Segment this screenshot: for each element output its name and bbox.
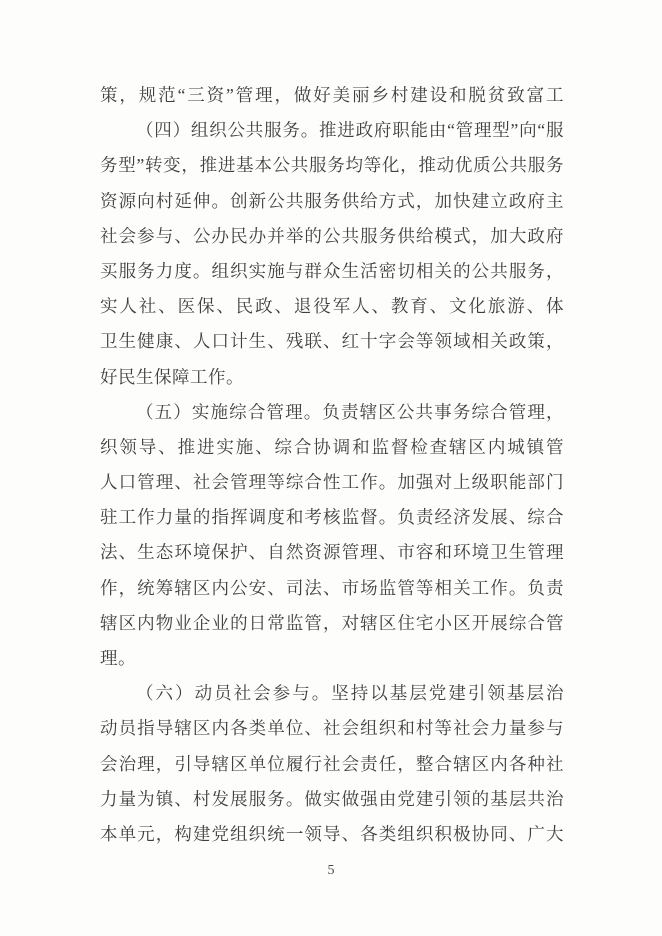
document-line: 本单元，构建党组织统一领导、各类组织积极协同、广大群: [100, 817, 564, 852]
document-line: 人口管理、社会管理等综合性工作。加强对上级职能部门派: [100, 465, 564, 500]
document-line-paragraph-4-end: 好民生保障工作。: [100, 360, 564, 395]
document-line-paragraph-4-start: （四）组织公共服务。推进政府职能由“管理型”向“服: [100, 113, 564, 148]
document-line: 策，规范“三资”管理，做好美丽乡村建设和脱贫致富工作。: [100, 78, 564, 113]
page-number: 5: [0, 863, 662, 879]
document-text-block: 策，规范“三资”管理，做好美丽乡村建设和脱贫致富工作。 （四）组织公共服务。推进…: [100, 78, 564, 852]
document-line: 实人社、医保、民政、退役军人、教育、文化旅游、体育、: [100, 289, 564, 324]
document-line: 社会参与、公办民办并举的公共服务供给模式，加大政府购: [100, 219, 564, 254]
document-line: 会治理，引导辖区单位履行社会责任，整合辖区内各种社会: [100, 747, 564, 782]
document-line: 买服务力度。组织实施与群众生活密切相关的公共服务，落: [100, 254, 564, 289]
document-line: 作，统筹辖区内公安、司法、市场监管等相关工作。负责对: [100, 571, 564, 606]
document-line: 法、生态环境保护、自然资源管理、市容和环境卫生管理工: [100, 535, 564, 570]
document-line: 卫生健康、人口计生、残联、红十字会等领域相关政策，做: [100, 324, 564, 359]
document-page: 策，规范“三资”管理，做好美丽乡村建设和脱贫致富工作。 （四）组织公共服务。推进…: [0, 0, 662, 936]
document-line-paragraph-5-start: （五）实施综合管理。负责辖区公共事务综合管理，组: [100, 395, 564, 430]
document-line: 资源向村延伸。创新公共服务供给方式，加快建立政府主导、: [100, 184, 564, 219]
document-line: 务型”转变，推进基本公共服务均等化，推动优质公共服务: [100, 148, 564, 183]
document-line-paragraph-6-start: （六）动员社会参与。坚持以基层党建引领基层治理，: [100, 676, 564, 711]
document-line-paragraph-5-end: 理。: [100, 641, 564, 676]
document-line: 动员指导辖区内各类单位、社会组织和村等社会力量参与社: [100, 711, 564, 746]
document-line: 织领导、推进实施、综合协调和监督检查辖区内城镇管理、: [100, 430, 564, 465]
document-line: 辖区内物业企业的日常监管，对辖区住宅小区开展综合管: [100, 606, 564, 641]
document-line: 驻工作力量的指挥调度和考核监督。负责经济发展、综合执: [100, 500, 564, 535]
document-line: 力量为镇、村发展服务。做实做强由党建引领的基层共治基: [100, 782, 564, 817]
